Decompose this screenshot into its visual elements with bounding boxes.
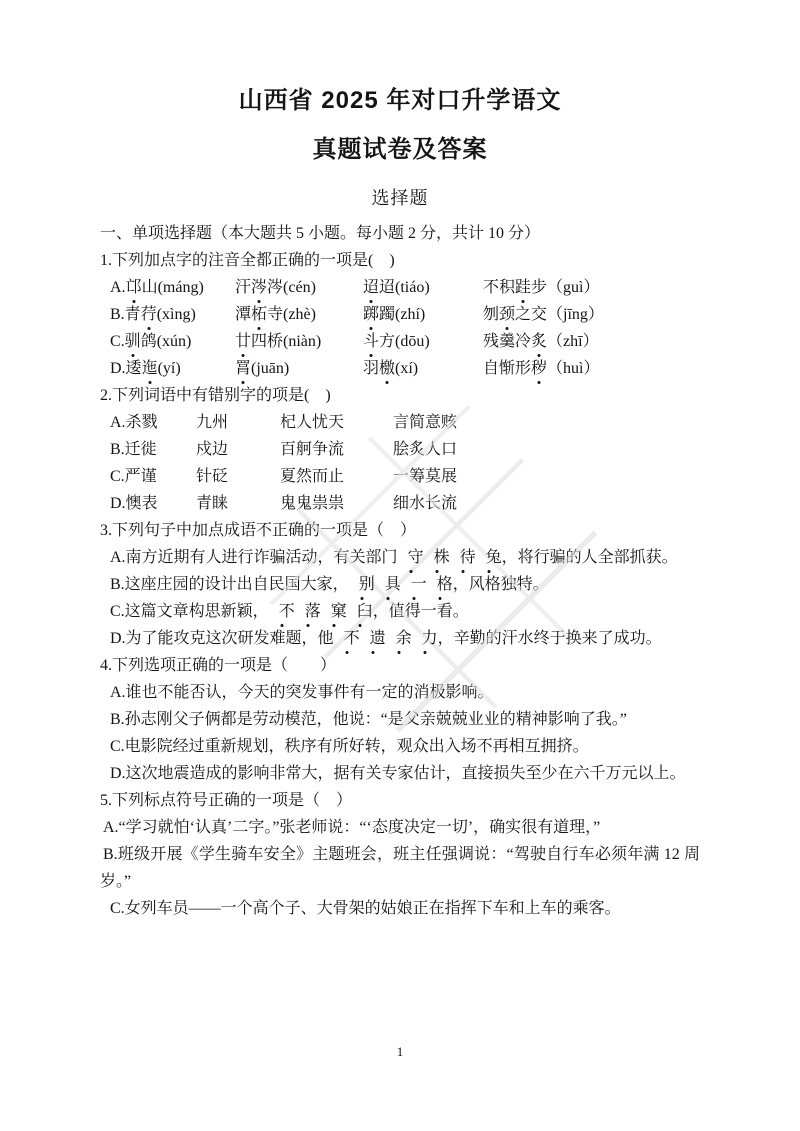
q1-a-word1: A.邙山(máng) — [110, 274, 235, 301]
q4-option-d: D.这次地震造成的影响非常大，据有关专家估计，直接损失至少在六千万元以上。 — [100, 760, 700, 787]
q1-c-word1: C.驯鸽(xún) — [110, 328, 235, 355]
q2-d-word2: 青睐 — [196, 490, 280, 517]
q3-option-d: D.为了能攻克这次研发难题，他不遗余力，辛勤的汗水终于换来了成功。 — [100, 625, 700, 652]
q2-option-a: A.杀戮 九州 杞人忧天 言简意赅 — [100, 409, 700, 436]
q2-option-c: C.严谨 针砭 夏然而止 一筹莫展 — [100, 463, 700, 490]
q2-a-word3: 杞人忧天 — [280, 409, 393, 436]
q2-option-b: B.迁徙 戍边 百舸争流 脍炙人口 — [100, 436, 700, 463]
q1-d-word3: 羽檄(xí) — [363, 355, 483, 382]
exam-title-line2: 真题试卷及答案 — [100, 135, 700, 165]
q1-b-word2: 潭柘寺(zhè) — [235, 301, 363, 328]
q1-d-word2: 罥(juān) — [235, 355, 363, 382]
q1-d-word1: D.逶迤(yí) — [110, 355, 235, 382]
q1-b-word1: B.青荇(xìng) — [110, 301, 235, 328]
q2-c-word3: 夏然而止 — [280, 463, 393, 490]
q1-c-word4: 残羹冷炙（zhī） — [483, 328, 700, 355]
q1-a-word2: 汗涔涔(cén) — [235, 274, 363, 301]
q2-a-word1: A.杀戮 — [110, 409, 196, 436]
q1-stem: 1.下列加点字的注音全都正确的一项是( ) — [100, 247, 700, 274]
q2-option-d: D.懊表 青睐 鬼鬼祟祟 细水长流 — [100, 490, 700, 517]
q2-b-word3: 百舸争流 — [280, 436, 393, 463]
q2-d-word4: 细水长流 — [393, 490, 700, 517]
q2-b-word2: 戍边 — [196, 436, 280, 463]
section-intro: 一、单项选择题（本大题共 5 小题。每小题 2 分，共计 10 分） — [100, 220, 700, 247]
section-heading: 选择题 — [100, 184, 700, 210]
q3-option-c: C.这篇文章构思新颖，不落窠臼，值得一看。 — [100, 598, 700, 625]
q1-option-d: D.逶迤(yí) 罥(juān) 羽檄(xí) 自惭形秽（huì） — [100, 355, 700, 382]
q1-option-b: B.青荇(xìng) 潭柘寺(zhè) 踯躅(zhí) 刎颈之交（jīng） — [100, 301, 700, 328]
q5-option-b: B.班级开展《学生骑车安全》主题班会，班主任强调说：“驾驶自行车必须年满 12 … — [100, 841, 700, 895]
q5-stem: 5.下列标点符号正确的一项是（ ） — [100, 787, 700, 814]
q1-option-c: C.驯鸽(xún) 廿四桥(niàn) 斗方(dōu) 残羹冷炙（zhī） — [100, 328, 700, 355]
q1-a-word3: 迢迢(tiáo) — [363, 274, 483, 301]
q4-stem: 4.下列选项正确的一项是（ ） — [100, 652, 700, 679]
q2-c-word2: 针砭 — [196, 463, 280, 490]
q2-b-word1: B.迁徙 — [110, 436, 196, 463]
q3-option-b: B.这座庄园的设计出自民国大家，别具一格，风格独特。 — [100, 571, 700, 598]
q2-c-word1: C.严谨 — [110, 463, 196, 490]
q1-d-word4: 自惭形秽（huì） — [483, 355, 700, 382]
q2-a-word2: 九州 — [196, 409, 280, 436]
q2-d-word3: 鬼鬼祟祟 — [280, 490, 393, 517]
q5-option-c: C.女列车员——一个高个子、大骨架的姑娘正在指挥下车和上车的乘客。 — [100, 895, 700, 922]
q2-d-word1: D.懊表 — [110, 490, 196, 517]
q2-b-word4: 脍炙人口 — [393, 436, 700, 463]
q4-option-a: A.谁也不能否认，今天的突发事件有一定的消极影响。 — [100, 679, 700, 706]
q2-c-word4: 一筹莫展 — [393, 463, 700, 490]
q2-stem: 2.下列词语中有错别字的项是( ) — [100, 382, 700, 409]
q1-b-word4: 刎颈之交（jīng） — [483, 301, 700, 328]
q3-option-a: A.南方近期有人进行诈骗活动，有关部门守株待兔，将行骗的人全部抓获。 — [100, 544, 700, 571]
q5-option-a: A.“学习就怕‘认真’二字。”张老师说：“‘态度决定一切’，确实很有道理，” — [100, 814, 700, 841]
q1-b-word3: 踯躅(zhí) — [363, 301, 483, 328]
q4-option-b: B.孙志刚父子俩都是劳动模范，他说：“是父亲兢兢业业的精神影响了我。” — [100, 706, 700, 733]
q1-c-word2: 廿四桥(niàn) — [235, 328, 363, 355]
q3-stem: 3.下列句子中加点成语不正确的一项是（ ） — [100, 517, 700, 544]
page-number: 1 — [0, 1044, 800, 1060]
document-page: 山西省 2025 年对口升学语文 真题试卷及答案 选择题 一、单项选择题（本大题… — [0, 0, 800, 1131]
q2-a-word4: 言简意赅 — [393, 409, 700, 436]
exam-title-line1: 山西省 2025 年对口升学语文 — [100, 86, 700, 116]
page-content: 山西省 2025 年对口升学语文 真题试卷及答案 选择题 一、单项选择题（本大题… — [0, 0, 800, 922]
q1-c-word3: 斗方(dōu) — [363, 328, 483, 355]
q4-option-c: C.电影院经过重新规划，秩序有所好转，观众出入场不再相互拥挤。 — [100, 733, 700, 760]
q1-option-a: A.邙山(máng) 汗涔涔(cén) 迢迢(tiáo) 不积跬步（guì） — [100, 274, 700, 301]
q1-a-word4: 不积跬步（guì） — [483, 274, 700, 301]
